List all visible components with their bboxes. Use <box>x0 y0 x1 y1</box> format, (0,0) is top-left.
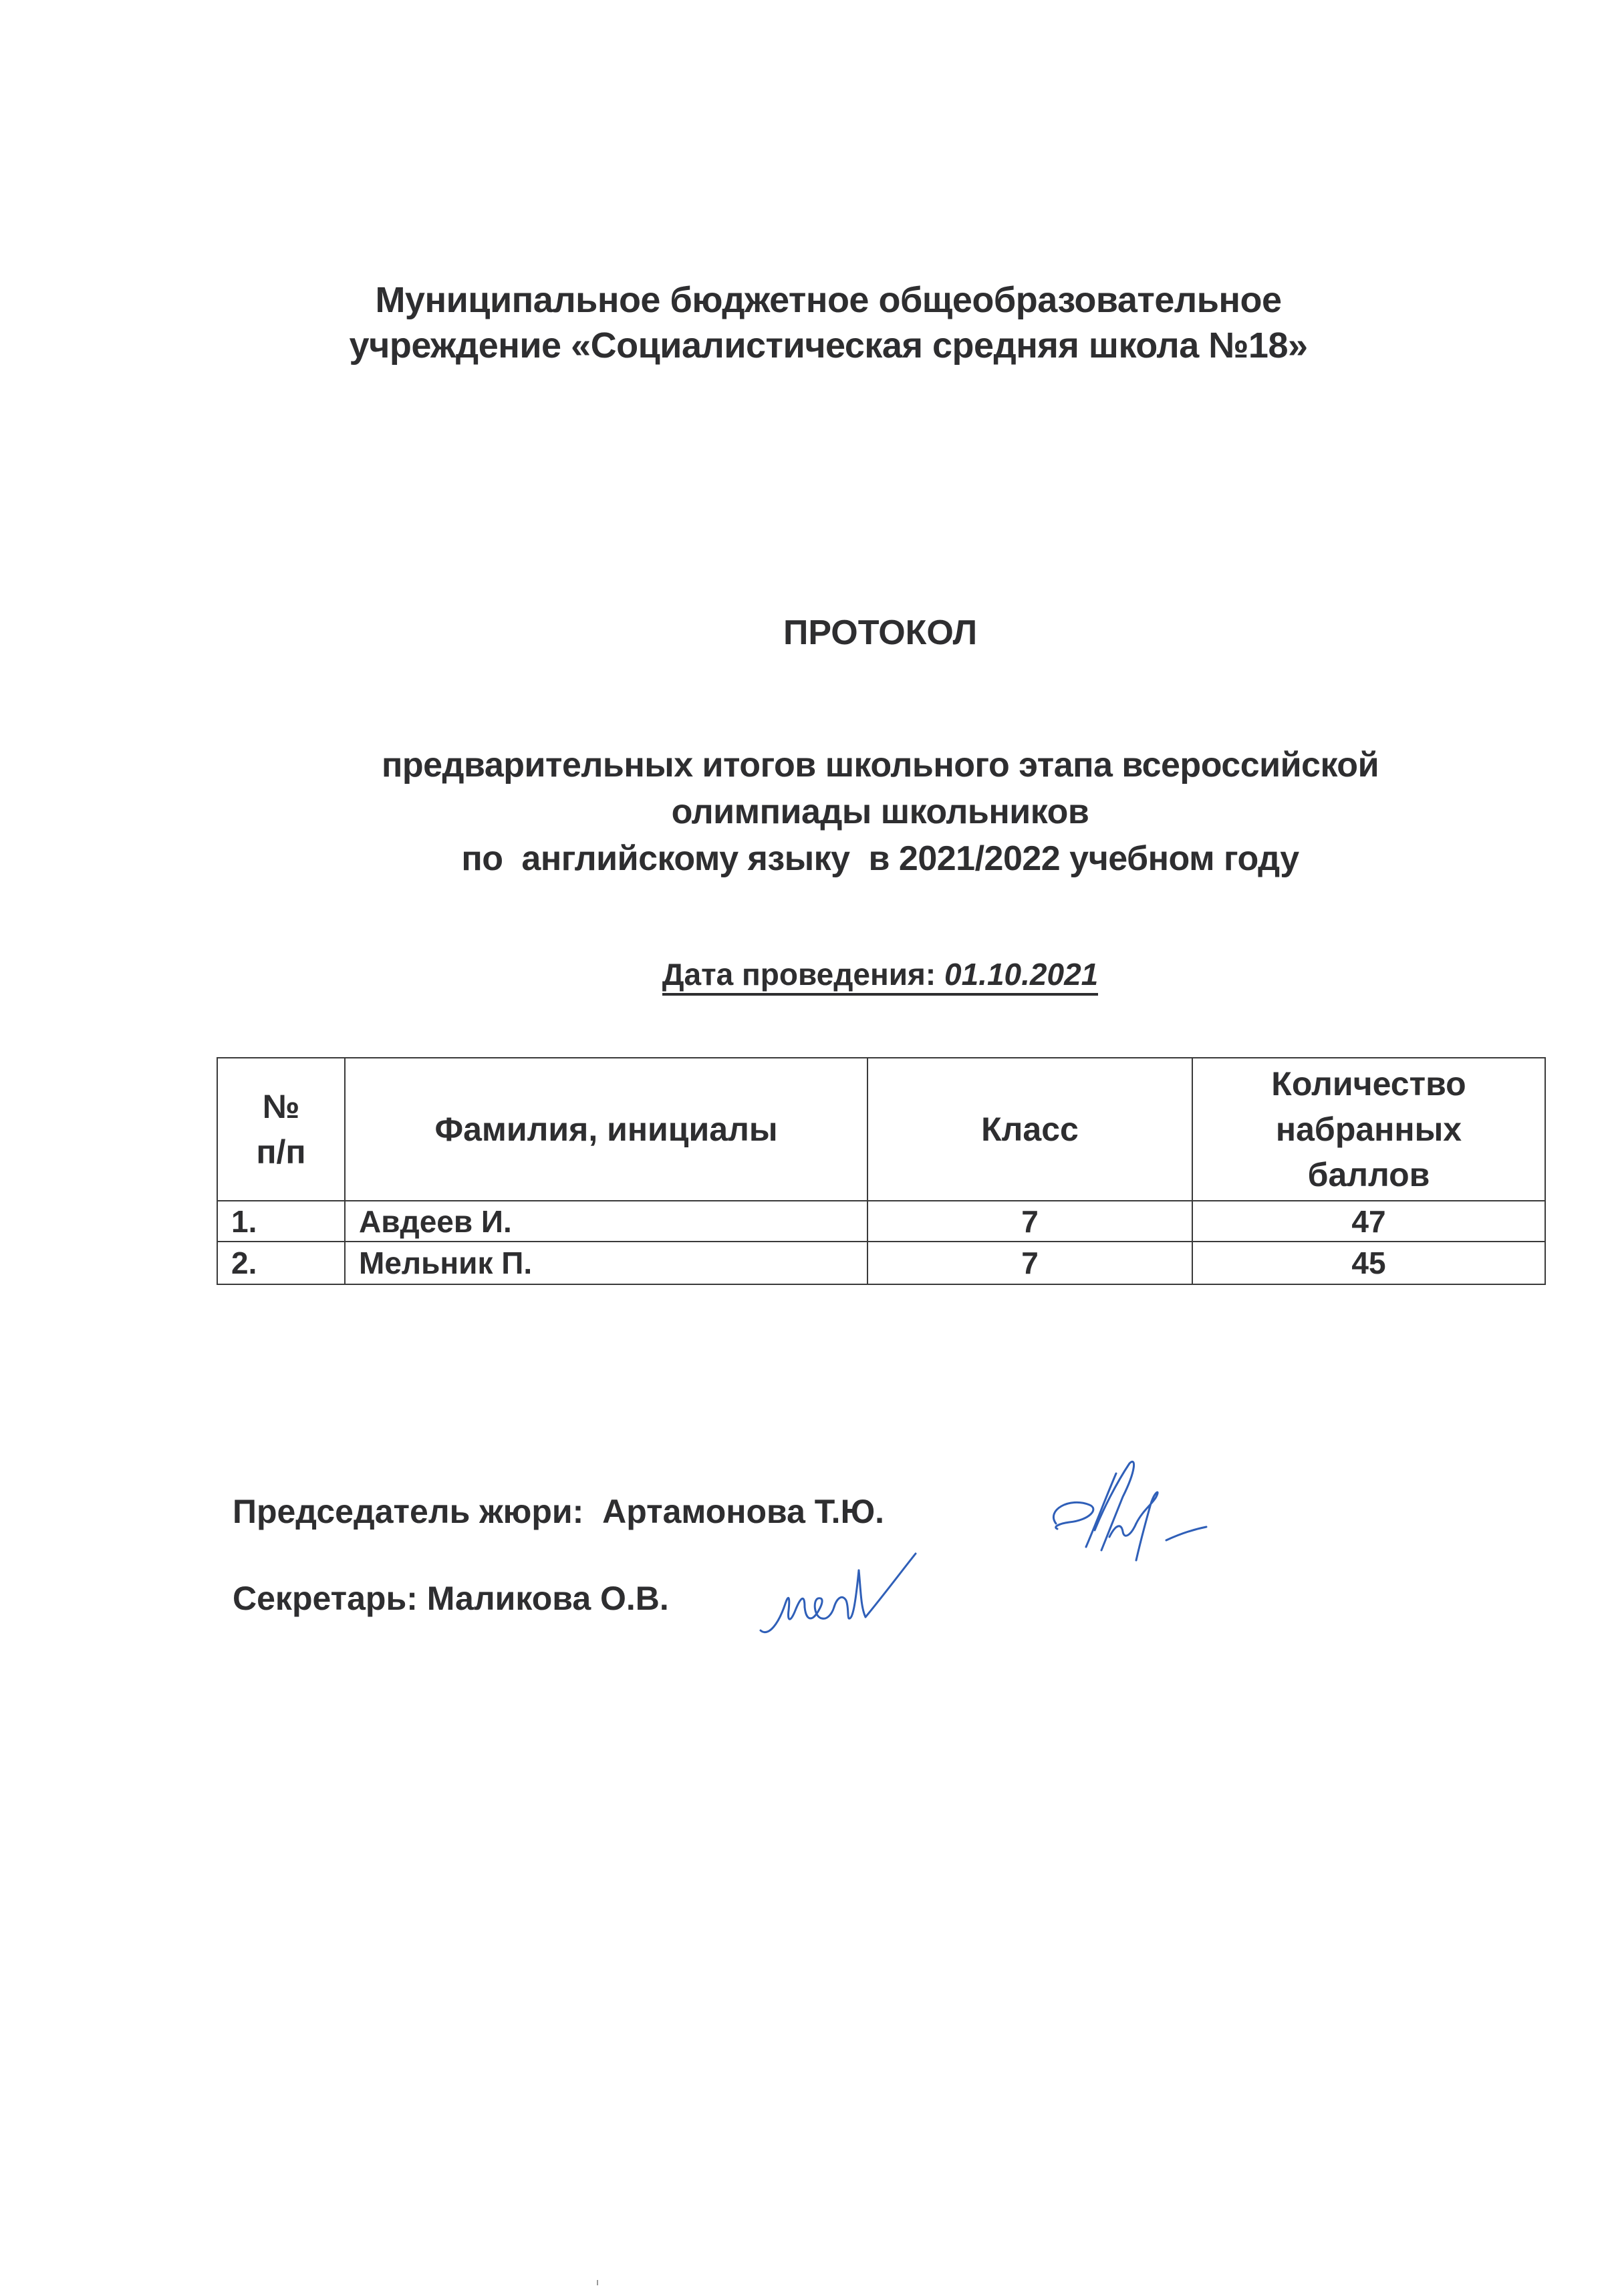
cell-class: 7 <box>867 1201 1192 1242</box>
date-label: Дата проведения: <box>662 957 936 992</box>
header-score-line-1: Количество <box>1193 1061 1545 1107</box>
secretary-signature-icon <box>749 1544 922 1647</box>
header-score-line-2: набранных <box>1193 1107 1545 1152</box>
table-row: 2. Мельник П. 7 45 <box>217 1242 1545 1284</box>
column-header-name: Фамилия, инициалы <box>345 1058 867 1201</box>
secretary-line: Секретарь: Маликова О.В. <box>233 1578 669 1618</box>
organization-title: Муниципальное бюджетное общеобразователь… <box>0 277 1610 368</box>
event-date-underlined: Дата проведения: 01.10.2021 <box>662 956 1099 996</box>
cell-score: 45 <box>1192 1242 1545 1284</box>
cell-class: 7 <box>867 1242 1192 1284</box>
table-row: 1. Авдеев И. 7 47 <box>217 1201 1545 1242</box>
event-date: Дата проведения: 01.10.2021 <box>0 956 1610 996</box>
jury-chair-label: Председатель жюри: <box>233 1493 583 1530</box>
header-number-line-1: № <box>218 1084 344 1129</box>
cell-name: Авдеев И. <box>345 1201 867 1242</box>
organization-title-line-2: учреждение «Социалистическая средняя шко… <box>47 323 1610 368</box>
organization-title-line-1: Муниципальное бюджетное общеобразователь… <box>47 277 1610 323</box>
cell-number: 1. <box>217 1201 345 1242</box>
scan-artifact <box>597 2280 598 2285</box>
column-header-score: Количество набранных баллов <box>1192 1058 1545 1201</box>
cell-score: 47 <box>1192 1201 1545 1242</box>
secretary-name: Маликова О.В. <box>427 1580 669 1617</box>
document-subtitle: предварительных итогов школьного этапа в… <box>0 742 1610 882</box>
subtitle-line-3: по английскому языку в 2021/2022 учебном… <box>150 835 1610 882</box>
chair-signature-icon <box>1043 1457 1216 1574</box>
jury-chair-line: Председатель жюри: Артамонова Т.Ю. <box>233 1491 884 1532</box>
cell-number: 2. <box>217 1242 345 1284</box>
column-header-number: № п/п <box>217 1058 345 1201</box>
cell-name: Мельник П. <box>345 1242 867 1284</box>
jury-chair-name: Артамонова Т.Ю. <box>602 1493 884 1530</box>
header-number-line-2: п/п <box>218 1129 344 1175</box>
header-score-line-3: баллов <box>1193 1152 1545 1197</box>
column-header-class: Класс <box>867 1058 1192 1201</box>
subtitle-line-1: предварительных итогов школьного этапа в… <box>150 742 1610 788</box>
subtitle-line-2: олимпиады школьников <box>150 788 1610 835</box>
results-table: № п/п Фамилия, инициалы Класс Количество… <box>217 1057 1546 1285</box>
secretary-label: Секретарь: <box>233 1580 418 1617</box>
table-header-row: № п/п Фамилия, инициалы Класс Количество… <box>217 1058 1545 1201</box>
document-type-heading: ПРОТОКОЛ <box>0 611 1610 654</box>
date-value: 01.10.2021 <box>944 957 1098 992</box>
